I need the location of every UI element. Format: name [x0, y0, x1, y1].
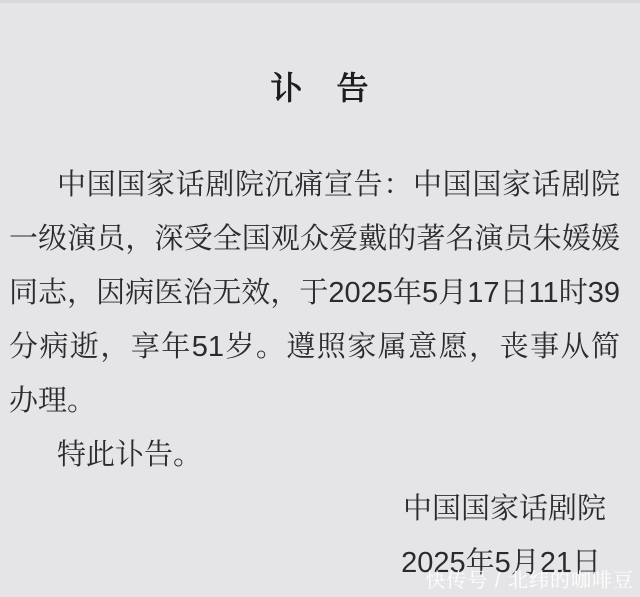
obituary-notice-page: 讣 告 中国国家话剧院沉痛宣告：中国国家话剧院一级演员，深受全国观众爱戴的著名演…: [0, 0, 640, 597]
notice-closing-line: 特此讣告。: [9, 428, 620, 482]
notice-title: 讣 告: [0, 0, 640, 108]
notice-body: 中国国家话剧院沉痛宣告：中国国家话剧院一级演员，深受全国观众爱戴的著名演员朱媛媛…: [0, 158, 640, 590]
notice-body-paragraph: 中国国家话剧院沉痛宣告：中国国家话剧院一级演员，深受全国观众爱戴的著名演员朱媛媛…: [9, 158, 620, 428]
platform-watermark: 快传号 / 北纬的咖啡豆: [425, 570, 634, 592]
notice-signature: 中国国家话剧院: [9, 482, 620, 536]
